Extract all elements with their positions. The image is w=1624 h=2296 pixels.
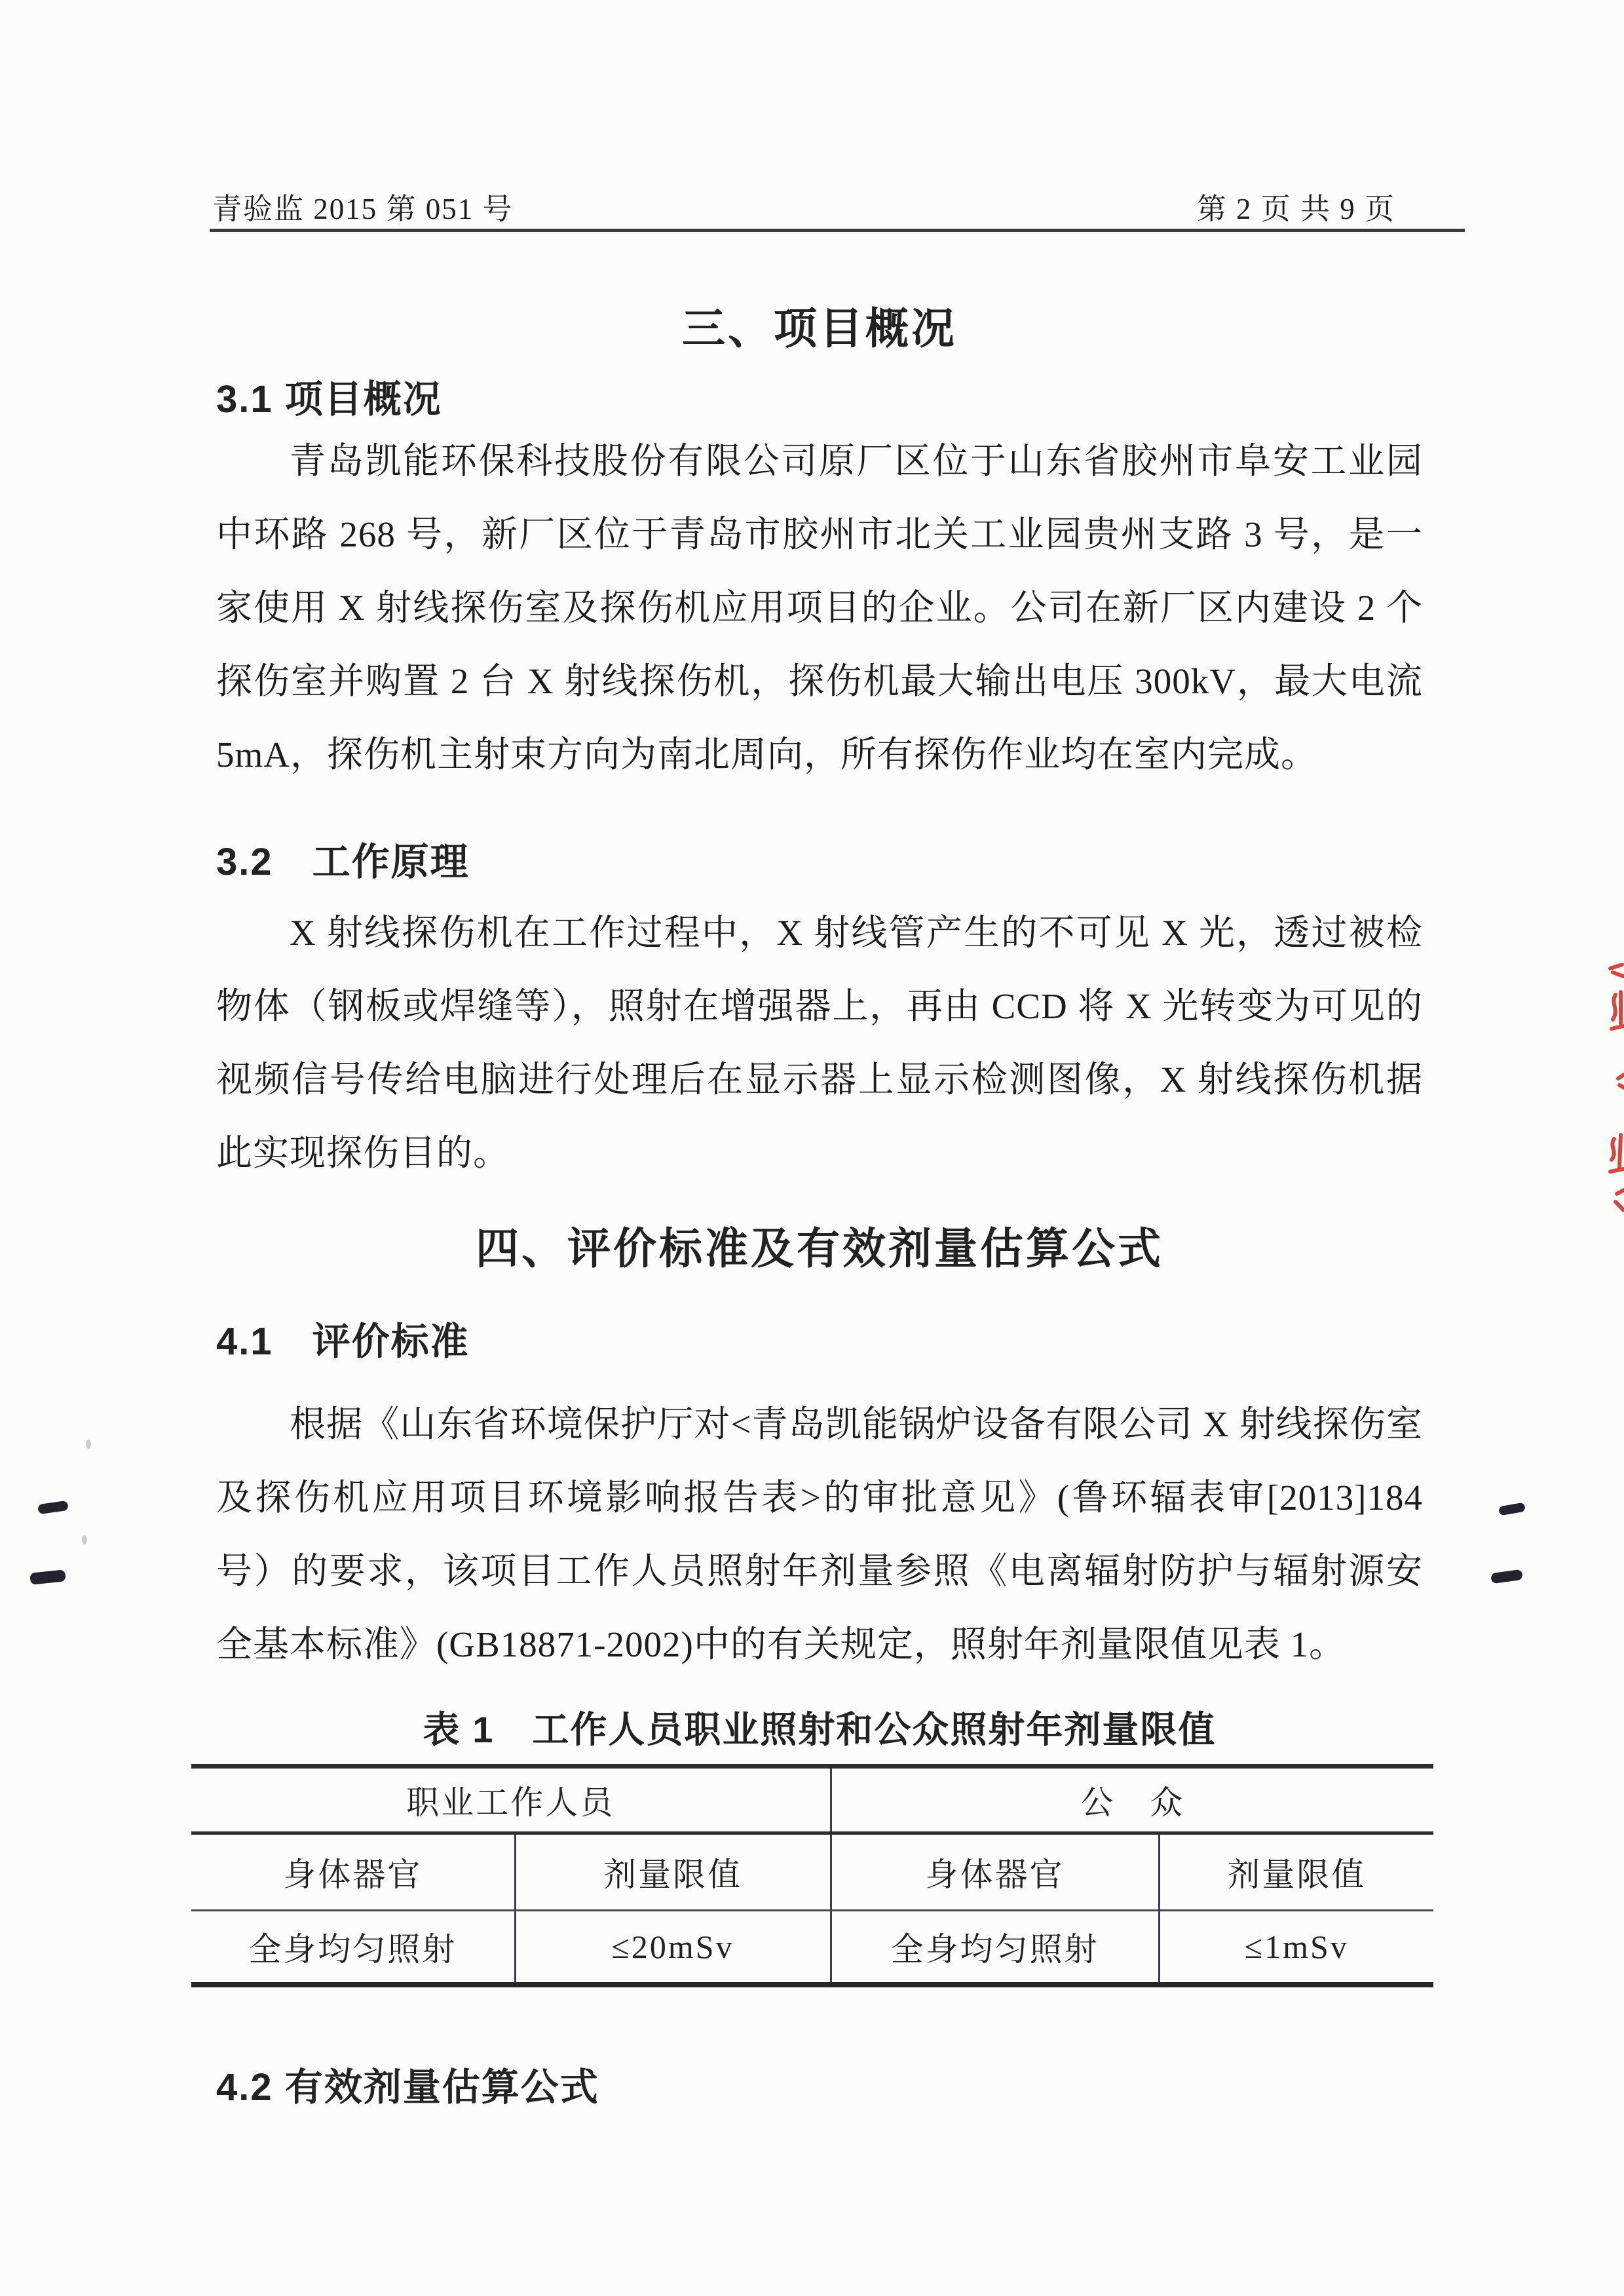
red-ink-fragment [1606,963,1624,1212]
heading-3-2: 3.2 工作原理 [216,831,470,886]
section4-title: 四、评价标准及有效剂量估算公式 [216,1214,1423,1276]
scan-smudge-left-1 [37,1501,69,1514]
paragraph-3-1: 青岛凯能环保科技股份有限公司原厂区位于山东省胶州市阜安工业园中环路 268 号，… [216,425,1423,792]
table-row-column-headers: 身体器官 剂量限值 身体器官 剂量限值 [191,1833,1433,1911]
heading-3-1: 3.1 项目概况 [216,368,442,423]
scan-smudge-left-2 [29,1569,66,1585]
col-header-limit-occupational: 剂量限值 [515,1833,831,1911]
group-header-public: 公 众 [831,1767,1433,1833]
paragraph-3-2: X 射线探伤机在工作过程中，X 射线管产生的不可见 X 光，透过被检物体（钢板或… [216,896,1423,1190]
header-rule [210,229,1465,232]
page-header: 青验监 2015 第 051 号 第 2 页 共 9 页 [212,185,1395,227]
table1-caption: 表 1 工作人员职业照射和公众照射年剂量限值 [216,1701,1423,1753]
section3-title: 三、项目概况 [216,294,1423,356]
scan-smudge-right-1 [1498,1502,1526,1516]
scan-speck-1 [86,1440,91,1449]
col-header-organ-occupational: 身体器官 [191,1833,515,1911]
scan-smudge-right-2 [1490,1569,1523,1584]
group-header-occupational: 职业工作人员 [191,1767,831,1833]
dose-limit-table: 职业工作人员 公 众 身体器官 剂量限值 身体器官 剂量限值 全身均匀照射 ≤2… [191,1764,1433,1987]
cell-organ-occupational: 全身均匀照射 [191,1911,515,1985]
cell-limit-occupational: ≤20mSv [515,1911,831,1985]
cell-organ-public: 全身均匀照射 [831,1911,1159,1985]
cell-limit-public: ≤1mSv [1159,1911,1433,1985]
paragraph-4-1: 根据《山东省环境保护厅对<青岛凯能锅炉设备有限公司 X 射线探伤室及探伤机应用项… [216,1388,1423,1681]
col-header-organ-public: 身体器官 [831,1833,1159,1911]
table-row-group-headers: 职业工作人员 公 众 [191,1767,1433,1833]
col-header-limit-public: 剂量限值 [1159,1833,1433,1911]
page-indicator: 第 2 页 共 9 页 [1197,185,1395,227]
table-row-values: 全身均匀照射 ≤20mSv 全身均匀照射 ≤1mSv [191,1911,1433,1985]
heading-4-2: 4.2 有效剂量估算公式 [216,2056,599,2111]
scan-speck-2 [82,1535,87,1544]
doc-number: 青验监 2015 第 051 号 [212,185,514,227]
heading-4-1: 4.1 评价标准 [216,1311,470,1366]
scanned-document-page: 青验监 2015 第 051 号 第 2 页 共 9 页 三、项目概况 3.1 … [0,0,1624,2296]
